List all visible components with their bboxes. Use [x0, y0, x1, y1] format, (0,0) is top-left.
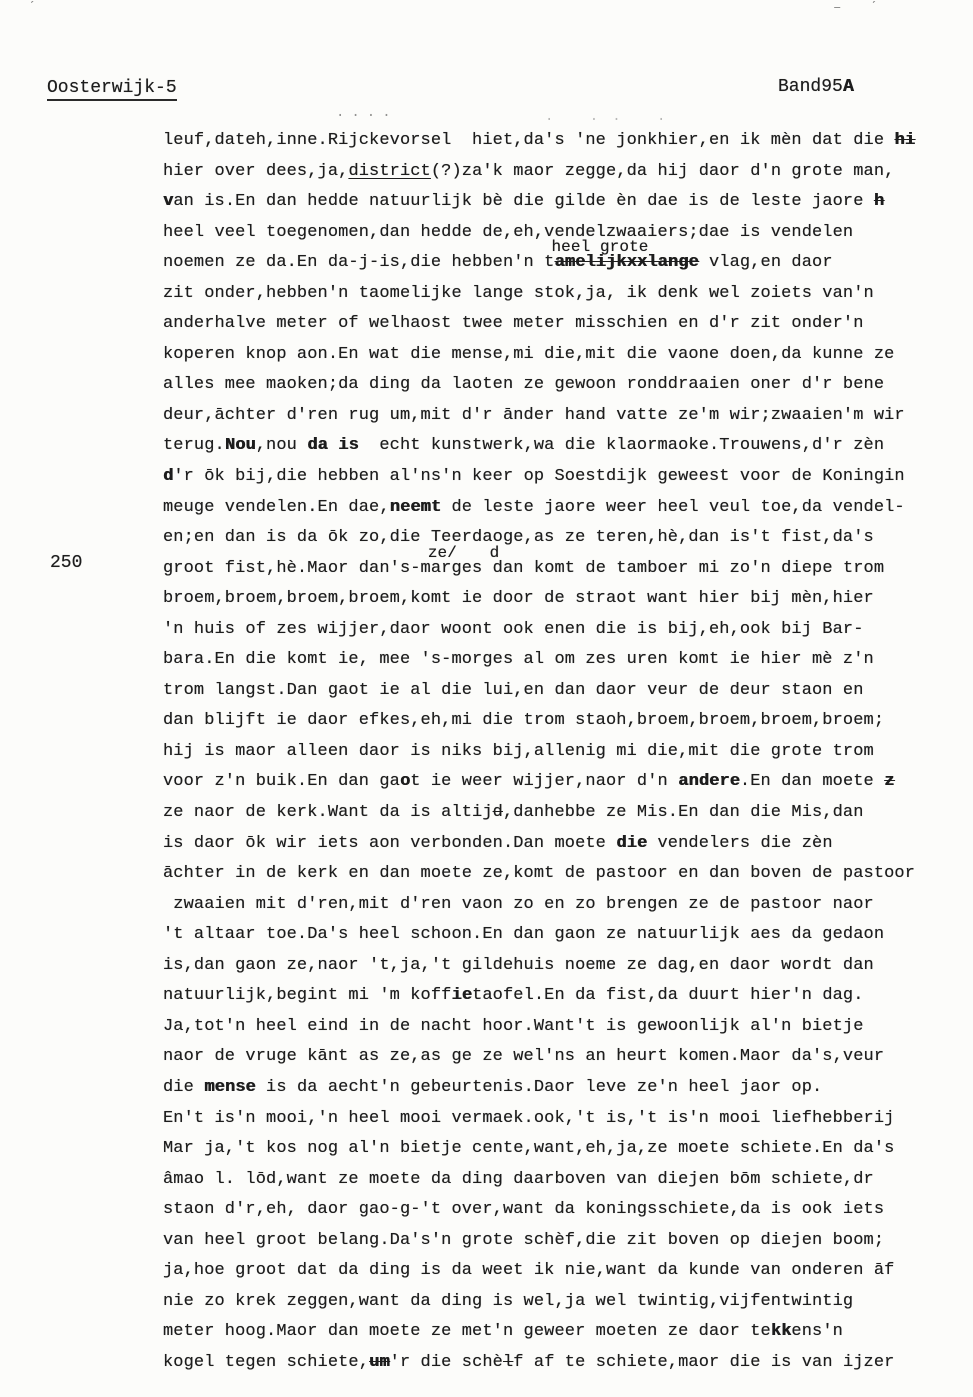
- scan-artifact: – ˊ: [833, 0, 888, 16]
- text-line: dan blijft ie daor efkes,eh,mi die trom …: [163, 706, 915, 737]
- text-segment: taofel.En da fist,da duurt hier'n dag.: [472, 986, 863, 1005]
- text-line: zwaaien mit d'ren,mit d'ren vaon zo en z…: [163, 890, 915, 921]
- text-segment: 'r ōk bij,die hebben al'ns'n keer op Soe…: [173, 467, 904, 486]
- text-segment: en;en dan is da ōk zo,die Teerdaoge,as z…: [163, 528, 874, 547]
- text-segment: de leste jaore weer heel veul toe,da ven…: [441, 498, 905, 517]
- text-segment: broem,broem,broem,broem,komt ie door de …: [163, 589, 874, 608]
- inserted-text: heel grote: [551, 239, 648, 255]
- margin-line-number: 250: [50, 553, 82, 573]
- text-segment: kk: [771, 1322, 792, 1341]
- text-line: 't altaar toe.Da's heel schoon.En dan ga…: [163, 920, 915, 951]
- band-label: Band95: [778, 77, 843, 97]
- text-line: d'r ōk bij,die hebben al'ns'n keer op So…: [163, 462, 915, 493]
- text-segment: trom langst.Dan gaot ie al die lui,en da…: [163, 681, 864, 700]
- text-segment: Nou: [225, 436, 256, 455]
- text-line: broem,broem,broem,broem,komt ie door de …: [163, 584, 915, 615]
- text-segment: koperen knop aon.En wat die mense,mi die…: [163, 345, 894, 364]
- text-segment: staon d'r,eh, daor gao-g-'t over,want da…: [163, 1200, 884, 1219]
- text-segment: meter hoog.Maor dan moete ze met'n gewee…: [163, 1322, 771, 1341]
- text-segment: ,danhebbe ze Mis.En dan die Mis,dan: [503, 803, 864, 822]
- text-segment: d: [493, 803, 503, 822]
- text-segment: alles mee maoken;da ding da laoten ze ge…: [163, 375, 884, 394]
- text-segment: neemt: [390, 498, 442, 517]
- text-line: ja,hoe groot dat da ding is da weet ik n…: [163, 1256, 915, 1287]
- text-segment: ja,hoe groot dat da ding is da weet ik n…: [163, 1261, 894, 1280]
- text-segment: is,dan gaon ze,naor 't,ja,'t gildehuis n…: [163, 956, 874, 975]
- text-segment: 't altaar toe.Da's heel schoon.En dan ga…: [163, 925, 884, 944]
- interline-correction: heel groteamelijkxxlange: [554, 254, 698, 271]
- text-segment: ens'n: [791, 1322, 843, 1341]
- text-segment: hi: [894, 131, 915, 150]
- interline-correction: dd: [493, 560, 503, 577]
- text-segment: kogel tegen schiete,: [163, 1353, 369, 1372]
- page-header-left: Oosterwijk-5: [47, 78, 177, 101]
- text-segment: is daor ōk wir iets aon verbonden.Dan mo…: [163, 834, 616, 853]
- text-segment: die: [616, 834, 647, 853]
- text-segment: district: [348, 162, 430, 181]
- inserted-text: ze/: [428, 545, 457, 561]
- text-line: voor z'n buik.En dan gaot ie weer wijjer…: [163, 767, 915, 798]
- text-line: alles mee maoken;da ding da laoten ze ge…: [163, 370, 915, 401]
- text-segment: meuge vendelen.En dae,: [163, 498, 390, 517]
- text-segment: echt kunstwerk,wa die klaormaoke.Trouwen…: [359, 436, 884, 455]
- text-segment: hier over dees,ja,: [163, 162, 348, 181]
- text-segment: .En dan moete: [740, 772, 884, 791]
- text-line: van is.En dan hedde natuurlijk bè die gi…: [163, 187, 915, 218]
- text-line: staon d'r,eh, daor gao-g-'t over,want da…: [163, 1195, 915, 1226]
- text-segment: nie zo krek zeggen,want da ding is wel,j…: [163, 1292, 853, 1311]
- text-segment: āchter in de kerk en dan moete ze,komt d…: [163, 864, 915, 883]
- text-line: meuge vendelen.En dae,neemt de leste jao…: [163, 493, 915, 524]
- text-segment: noemen ze da.En da-j-is,die hebben'n t: [163, 253, 554, 272]
- text-segment: ges: [451, 559, 492, 578]
- text-segment: anderhalve meter of welhaost twee meter …: [163, 314, 864, 333]
- text-segment: ,nou: [256, 436, 308, 455]
- text-line: hier over dees,ja,district(?)za'k maor z…: [163, 157, 915, 188]
- text-line: groot fist,hè.Maor dan's-mze/arges ddan …: [163, 554, 915, 585]
- text-segment: groot fist,hè.Maor dan's-m: [163, 559, 431, 578]
- text-segment: naor de vruge kānt as ze,as ge ze wel'ns…: [163, 1047, 884, 1066]
- text-line: ze naor de kerk.Want da is altijd,danheb…: [163, 798, 915, 829]
- text-segment: ze naor de kerk.Want da is altij: [163, 803, 493, 822]
- text-segment: v: [163, 192, 173, 211]
- text-line: leuf,dateh,inne.Rijckevorsel hiet,da's '…: [163, 126, 915, 157]
- text-line: noemen ze da.En da-j-is,die hebben'n the…: [163, 248, 915, 279]
- text-line: âmao l. lōd,want ze moete da ding daarbo…: [163, 1165, 915, 1196]
- text-segment: zwaaien mit d'ren,mit d'ren vaon zo en z…: [163, 895, 874, 914]
- text-line: is,dan gaon ze,naor 't,ja,'t gildehuis n…: [163, 951, 915, 982]
- text-segment: dan blijft ie daor efkes,eh,mi die trom …: [163, 711, 884, 730]
- page-header-right: Band95A: [778, 77, 854, 97]
- band-letter-overtyped: A: [843, 77, 854, 97]
- text-segment: ie: [451, 986, 472, 1005]
- scan-artifact: ˊ: [28, 0, 36, 16]
- scan-artifact-dots: ····: [336, 108, 398, 124]
- text-segment: vlag,en daor: [699, 253, 833, 272]
- text-segment: da is: [307, 436, 359, 455]
- text-line: meter hoog.Maor dan moete ze met'n gewee…: [163, 1317, 915, 1348]
- text-segment: 'r die schè: [390, 1353, 503, 1372]
- text-segment: terug.: [163, 436, 225, 455]
- text-line: En't is'n mooi,'n heel mooi vermaek.ook,…: [163, 1104, 915, 1135]
- text-segment: vendelers die zèn: [647, 834, 832, 853]
- inserted-text: d: [490, 545, 500, 561]
- text-line: natuurlijk,begint mi 'm koffietaofel.En …: [163, 981, 915, 1012]
- text-segment: an komt de tamboer mi zo'n diepe trom: [503, 559, 884, 578]
- text-line: 'n huis of zes wijjer,daor woont ook ene…: [163, 615, 915, 646]
- text-segment: hij is maor alleen daor is niks bij,alle…: [163, 742, 874, 761]
- corrected-text: amelijkxxlange: [554, 253, 698, 272]
- text-line: hij is maor alleen daor is niks bij,alle…: [163, 737, 915, 768]
- text-segment: is da aecht'n gebeurtenis.Daor leve ze'n…: [256, 1078, 823, 1097]
- text-segment: o: [400, 772, 410, 791]
- text-segment: heel veel toegenomen,dan hedde de,eh,ven…: [163, 223, 853, 242]
- text-segment: h: [874, 192, 884, 211]
- text-line: āchter in de kerk en dan moete ze,komt d…: [163, 859, 915, 890]
- text-segment: um: [369, 1353, 390, 1372]
- text-segment: andere: [678, 772, 740, 791]
- body-lines: leuf,dateh,inne.Rijckevorsel hiet,da's '…: [163, 126, 915, 1378]
- text-segment: zit onder,hebben'n taomelijke lange stok…: [163, 284, 874, 303]
- text-segment: En't is'n mooi,'n heel mooi vermaek.ook,…: [163, 1109, 894, 1128]
- text-segment: van heel groot belang.Da's'n grote schèf…: [163, 1231, 884, 1250]
- text-segment: z: [884, 772, 894, 791]
- text-line: deur,āchter d'ren rug um,mit d'r ānder h…: [163, 401, 915, 432]
- text-line: is daor ōk wir iets aon verbonden.Dan mo…: [163, 829, 915, 860]
- text-line: zit onder,hebben'n taomelijke lange stok…: [163, 279, 915, 310]
- text-line: die mense is da aecht'n gebeurtenis.Daor…: [163, 1073, 915, 1104]
- text-line: nie zo krek zeggen,want da ding is wel,j…: [163, 1287, 915, 1318]
- text-segment: l: [503, 1353, 513, 1372]
- text-line: Ja,tot'n heel eind in de nacht hoor.Want…: [163, 1012, 915, 1043]
- text-line: heel veel toegenomen,dan hedde de,eh,ven…: [163, 218, 915, 249]
- text-segment: d: [163, 467, 173, 486]
- text-segment: Ja,tot'n heel eind in de nacht hoor.Want…: [163, 1017, 864, 1036]
- text-segment: Mar ja,'t kos nog al'n bietje cente,want…: [163, 1139, 894, 1158]
- text-line: en;en dan is da ōk zo,die Teerdaoge,as z…: [163, 523, 915, 554]
- text-segment: f af te schiete,maor die is van ijzer: [513, 1353, 894, 1372]
- text-segment: natuurlijk,begint mi 'm koff: [163, 986, 451, 1005]
- text-line: bara.En die komt ie, mee 's-morges al om…: [163, 645, 915, 676]
- text-segment: bara.En die komt ie, mee 's-morges al om…: [163, 650, 874, 669]
- scanned-typescript-page: ˊ – ˊ Oosterwijk-5 Band95A ···· · ·· · 2…: [0, 0, 973, 1397]
- text-segment: die: [163, 1078, 204, 1097]
- text-segment: 'n huis of zes wijjer,daor woont ook ene…: [163, 620, 864, 639]
- text-line: Mar ja,'t kos nog al'n bietje cente,want…: [163, 1134, 915, 1165]
- text-line: anderhalve meter of welhaost twee meter …: [163, 309, 915, 340]
- text-line: van heel groot belang.Da's'n grote schèf…: [163, 1226, 915, 1257]
- text-segment: âmao l. lōd,want ze moete da ding daarbo…: [163, 1170, 874, 1189]
- text-line: terug.Nou,nou da is echt kunstwerk,wa di…: [163, 431, 915, 462]
- text-line: koperen knop aon.En wat die mense,mi die…: [163, 340, 915, 371]
- text-segment: t ie weer wijjer,naor d'n: [410, 772, 678, 791]
- text-segment: leuf,dateh,inne.Rijckevorsel hiet,da's '…: [163, 131, 894, 150]
- text-line: naor de vruge kānt as ze,as ge ze wel'ns…: [163, 1042, 915, 1073]
- text-segment: an is.En dan hedde natuurlijk bè die gil…: [173, 192, 874, 211]
- text-segment: deur,āchter d'ren rug um,mit d'r ānder h…: [163, 406, 905, 425]
- text-line: trom langst.Dan gaot ie al die lui,en da…: [163, 676, 915, 707]
- text-segment: (?)za'k maor zegge,da hij daor d'n grote…: [431, 162, 895, 181]
- text-segment: mense: [204, 1078, 256, 1097]
- text-line: kogel tegen schiete,um'r die schèlf af t…: [163, 1348, 915, 1379]
- text-segment: voor z'n buik.En dan ga: [163, 772, 400, 791]
- interline-correction: ze/ar: [431, 560, 452, 577]
